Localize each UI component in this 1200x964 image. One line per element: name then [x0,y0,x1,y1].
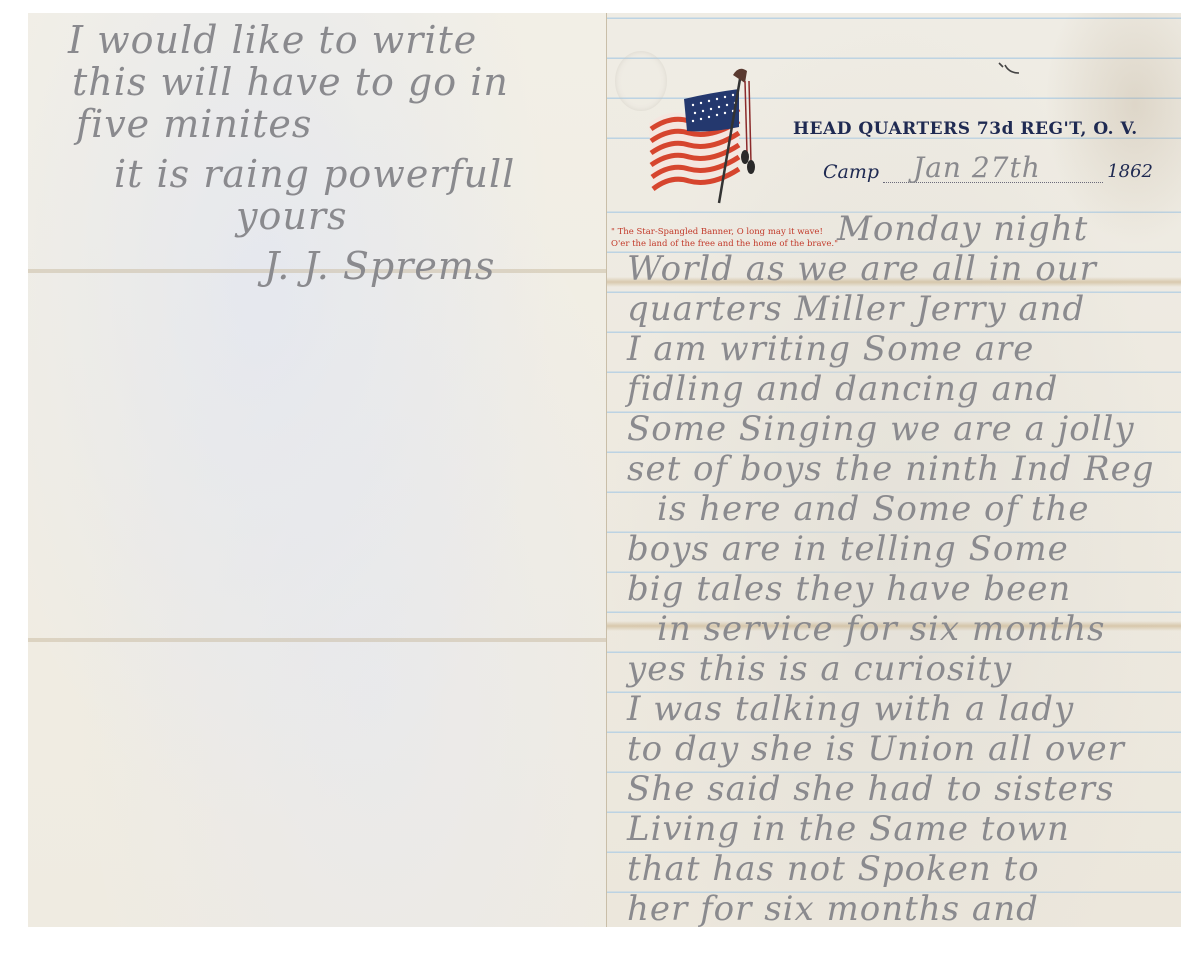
flag-icon [629,53,759,213]
handwritten-line: in service for six months [657,609,1155,649]
year: 1862 [1107,161,1153,182]
handwritten-line: fidling and dancing and [627,369,1155,409]
page-number-mark [997,61,1021,75]
handwritten-line: it is raing powerfull [114,153,515,195]
handwritten-line: her for six months and [627,889,1155,927]
handwritten-line: I would like to write [68,19,515,61]
handwritten-line: Monday night [837,209,1155,249]
camp-date-line: Camp Jan 27th 1862 [823,161,1163,191]
signature: J. J. Sprems [264,245,515,287]
handwritten-date: Jan 27th [913,151,1041,184]
handwritten-line: She said she had to sisters [627,769,1155,809]
handwritten-line: big tales they have been [627,569,1155,609]
handwritten-line: to day she is Union all over [627,729,1155,769]
handwritten-line: five minites [76,103,515,145]
handwritten-line: World as we are all in our [627,249,1155,289]
handwritten-line: I am writing Some are [627,329,1155,369]
fold-crease [28,638,606,642]
camp-label: Camp [823,161,879,183]
handwritten-line: this will have to go in [72,61,515,103]
handwritten-line: that has not Spoken to [627,849,1155,889]
right-page-text: Monday night World as we are all in our … [627,209,1155,927]
handwritten-line: set of boys the ninth Ind Reg [627,449,1155,489]
handwritten-line: is here and Some of the [657,489,1155,529]
handwritten-line: I was talking with a lady [627,689,1155,729]
letter-sheet: I would like to write this will have to … [28,13,1181,927]
handwritten-line: yes this is a curiosity [627,649,1155,689]
handwritten-line: boys are in telling Some [627,529,1155,569]
closing: yours [236,195,515,237]
handwritten-line: Some Singing we are a jolly [627,409,1155,449]
letterhead-title: HEAD QUARTERS 73d REG'T, O. V. [793,119,1138,139]
handwritten-line: quarters Miller Jerry and [627,289,1155,329]
left-page: I would like to write this will have to … [28,13,607,927]
right-page: HEAD QUARTERS 73d REG'T, O. V. Camp Jan … [607,13,1181,927]
left-page-text: I would like to write this will have to … [68,19,515,287]
handwritten-line: Living in the Same town [627,809,1155,849]
